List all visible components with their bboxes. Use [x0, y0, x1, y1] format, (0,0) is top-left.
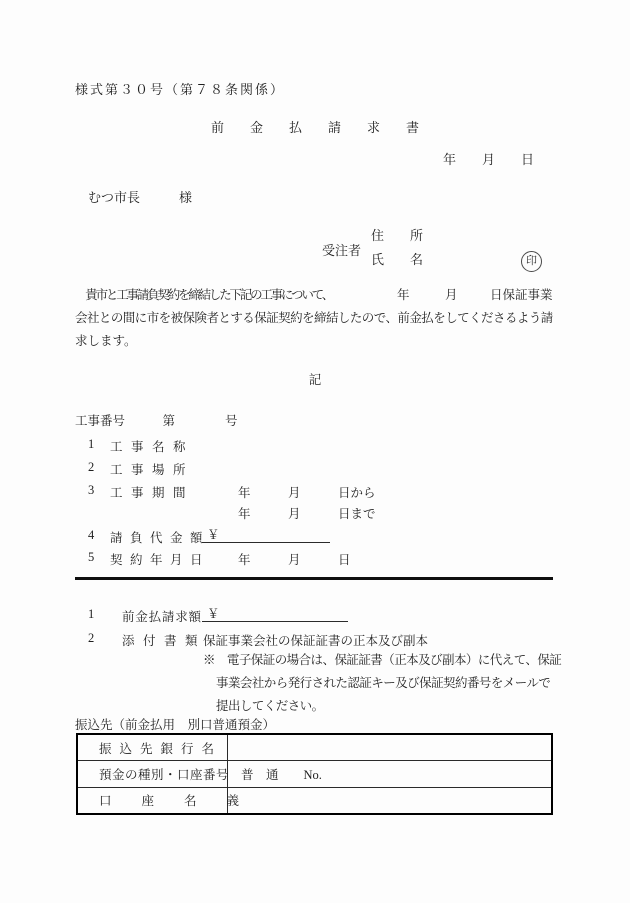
table-row-account-type-number: 預金の種別・口座番号 普 通 No. [78, 760, 551, 786]
contractor-address-label: 住 所 [371, 228, 423, 244]
item-number: 2 [88, 460, 94, 475]
document-title: 前 金 払 請 求 書 [0, 120, 630, 136]
ki-heading: 記 [0, 372, 630, 388]
item-advance-payment-amount: 1 前金払請求額 ￥ [88, 607, 558, 623]
item-label: 工事名称 [110, 437, 194, 455]
item-attached-documents: 2 添付書類 保証事業会社の保証証書の正本及び副本 [88, 631, 558, 647]
advance-amount-blank: ￥ [202, 607, 348, 622]
account-holder-value [228, 788, 551, 813]
account-type-label: 預金の種別・口座番号 [78, 761, 228, 786]
body-line1-intro: 貴市と工事請負契約を締結した下記の工事について、 [75, 287, 332, 303]
table-row-bank-name: 振込先銀行名 [78, 735, 551, 760]
item-label: 工事場所 [110, 460, 194, 478]
item-contract-amount: 4 請負代金額 ￥ [88, 528, 558, 544]
document-page: 様式第３０号（第７８条関係） 前 金 払 請 求 書 年 月 日 むつ市長 様 … [0, 0, 630, 903]
bank-name-value [228, 735, 551, 760]
form-number: 様式第３０号（第７８条関係） [75, 82, 285, 98]
item-label: 契約年月日 [110, 550, 210, 568]
section-divider-rule [75, 577, 553, 580]
contract-date-value: 年 月 日 [238, 550, 351, 568]
body-line1-month: 月 [445, 287, 458, 303]
contractor-name-label: 氏 名 [371, 252, 423, 268]
construction-number-line: 工事番号 第 号 [75, 413, 238, 429]
account-type-value: 普 通 No. [228, 761, 551, 786]
table-row-account-holder: 口座名義 [78, 787, 551, 813]
account-holder-label: 口座名義 [78, 788, 228, 813]
bank-name-label: 振込先銀行名 [78, 735, 228, 760]
period-from-date: 年 月 日から [238, 483, 376, 501]
item-number: 4 [88, 528, 94, 543]
body-line2: 会社との間に市を被保険者とする保証契約を締結したので、前金払をしてくださるよう請 [75, 310, 553, 326]
seal-stamp-icon: 印 [521, 251, 542, 272]
body-line3: 求します。 [75, 333, 137, 349]
electronic-guarantee-note-line1: ※ 電子保証の場合は、保証証書（正本及び副本）に代えて、保証 [203, 652, 561, 668]
item-contract-date: 5 契約年月日 年 月 日 [88, 550, 558, 566]
recipient-line: むつ市長 様 [88, 190, 192, 206]
item-construction-site: 2 工事場所 [88, 460, 558, 476]
item-label: 請負代金額 [110, 528, 210, 546]
body-line1-year: 年 [397, 287, 410, 303]
item-number: 2 [88, 631, 94, 646]
electronic-guarantee-note-line2: 事業会社から発行された認証キー及び保証契約番号をメールで [216, 675, 550, 691]
date-line: 年 月 日 [443, 152, 534, 168]
item-number: 3 [88, 483, 94, 498]
item-label: 工事期間 [110, 483, 194, 501]
transfer-destination-heading: 振込先（前金払用 別口普通預金） [75, 717, 275, 733]
period-to-date: 年 月 日まで [238, 506, 376, 522]
bank-transfer-table: 振込先銀行名 預金の種別・口座番号 普 通 No. 口座名義 [76, 733, 553, 815]
attached-documents-value: 保証事業会社の保証証書の正本及び副本 [203, 631, 428, 649]
item-label: 添付書類 [122, 631, 206, 649]
contractor-role-label: 受注者 [322, 243, 361, 259]
body-line1-tail: 日保証事業 [490, 287, 553, 303]
contract-amount-blank: ￥ [202, 528, 330, 543]
item-construction-period: 3 工事期間 年 月 日から [88, 483, 558, 499]
item-label: 前金払請求額 [122, 607, 202, 625]
item-construction-name: 1 工事名称 [88, 437, 558, 453]
item-number: 1 [88, 607, 94, 622]
electronic-guarantee-note-line3: 提出してください。 [216, 698, 324, 714]
item-number: 5 [88, 550, 94, 565]
item-number: 1 [88, 437, 94, 452]
